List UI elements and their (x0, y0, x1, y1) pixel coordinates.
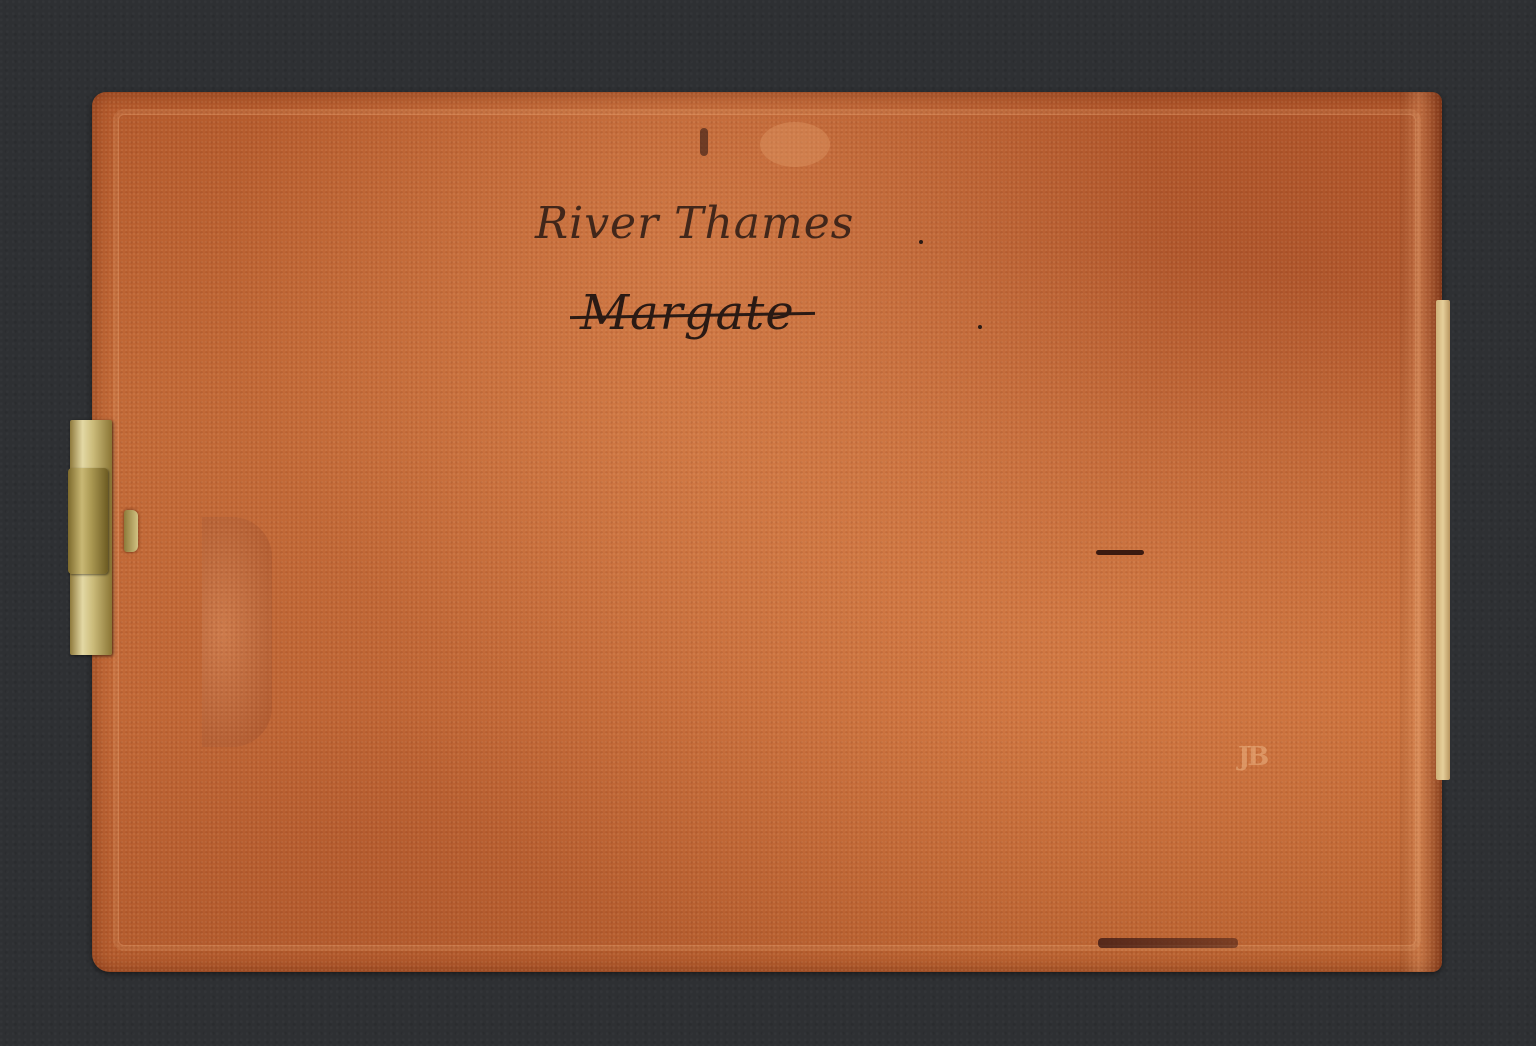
bottom-edge-marking (1098, 938, 1238, 948)
brass-clasp-catch (124, 510, 138, 552)
ink-mark-top (700, 128, 708, 156)
inscription-dot-2 (978, 325, 982, 329)
inscription-margate-struck: Margate (580, 285, 795, 341)
inscription-line-1: River Thames (535, 198, 854, 249)
inscription-line-2: Margate (580, 285, 795, 341)
inscription-dot-1 (919, 240, 923, 244)
clasp-flap (202, 517, 272, 747)
blind-stamp-monogram: JB (1238, 742, 1266, 772)
page-block-edge (1436, 300, 1450, 780)
inscription-river-thames: River Thames (535, 198, 854, 249)
ink-dash-mark (1096, 550, 1144, 555)
brass-clasp-sleeve (68, 468, 108, 574)
stain-top (760, 122, 830, 167)
